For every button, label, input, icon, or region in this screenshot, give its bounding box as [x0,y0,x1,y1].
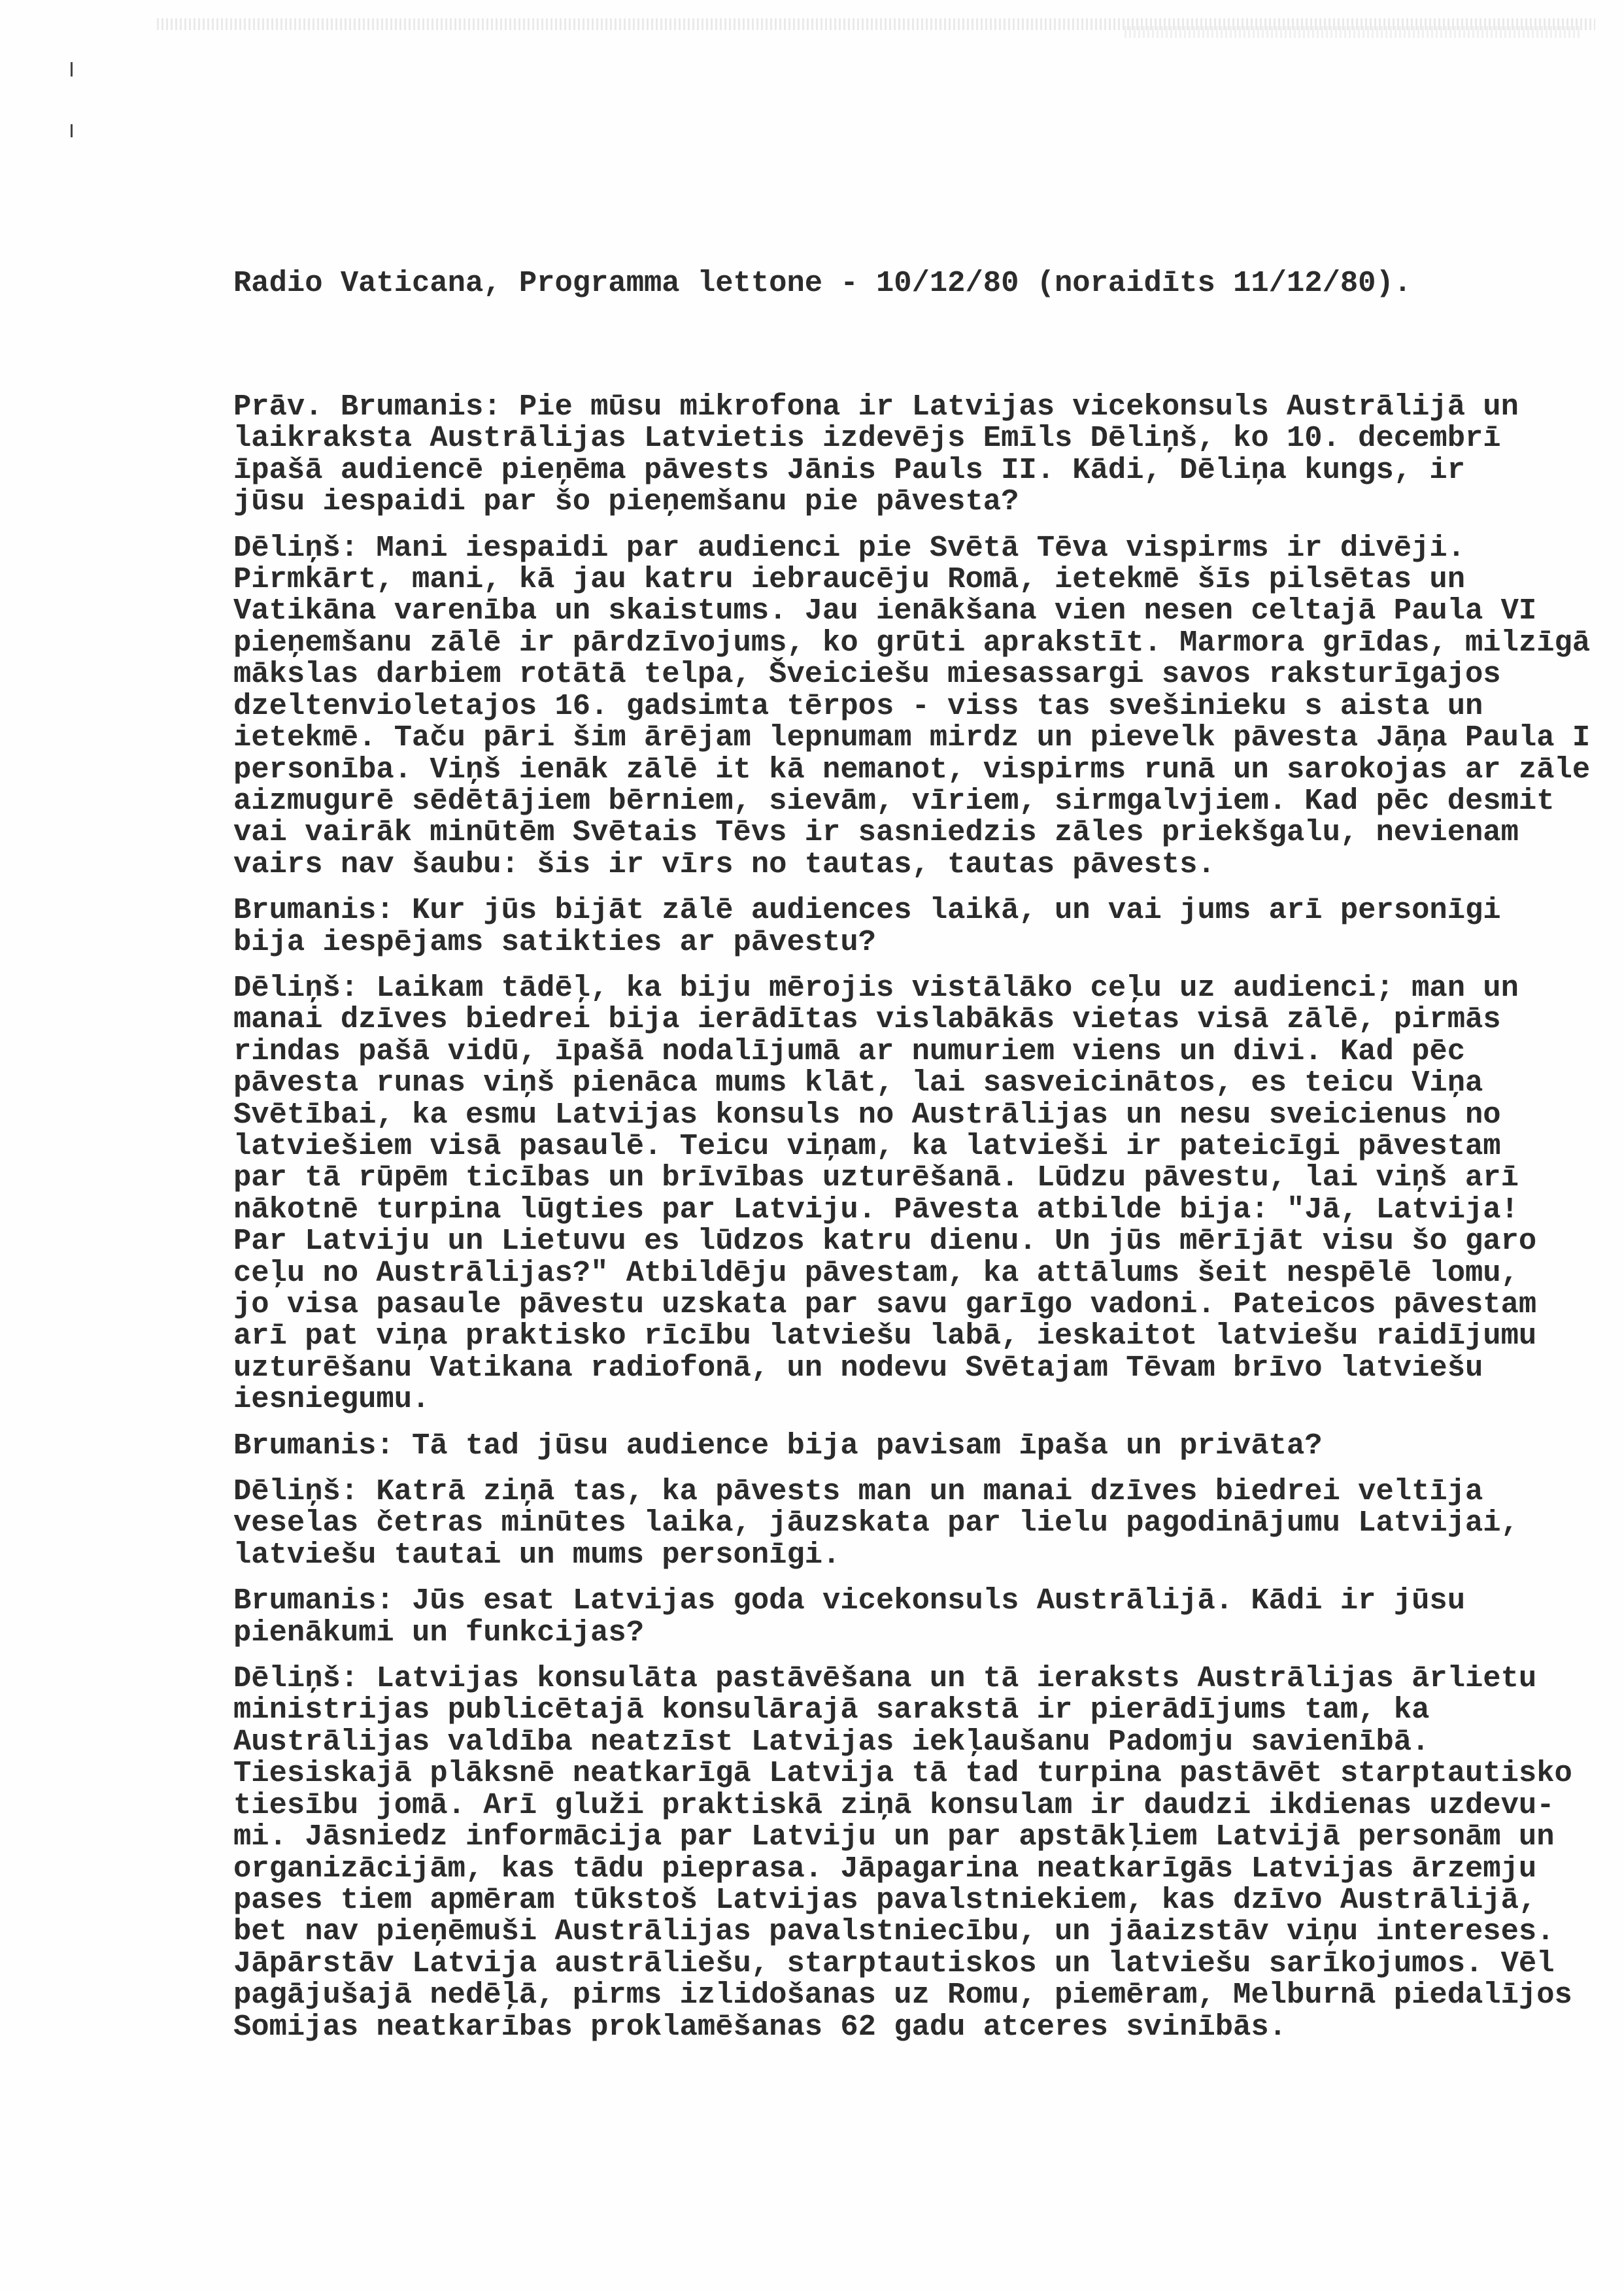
text-line: arī pat viņa praktisko rīcību latviešu l… [233,1320,1554,1351]
text-line: ietekmē. Taču pāri šim ārējam lepnumam m… [233,722,1554,753]
text-line: Brumanis: Kur jūs bijāt zālē audiences l… [233,894,1554,926]
text-line: bija iespējams satikties ar pāvestu? [233,926,1554,958]
dialogue-paragraph: Dēliņš: Mani iespaidi par audienci pie S… [233,532,1554,880]
text-line: manai dzīves biedrei bija ierādītas visl… [233,1004,1554,1035]
text-line: Brumanis: Jūs esat Latvijas goda vicekon… [233,1585,1554,1616]
text-line: Vatikāna varenība un skaistums. Jau ienā… [233,595,1554,626]
text-line: pieņemšanu zālē ir pārdzīvojums, ko grūt… [233,627,1554,658]
margin-mark [71,124,73,137]
margin-mark [71,62,73,76]
text-line: Dēliņš: Katrā ziņā tas, ka pāvests man u… [233,1476,1554,1507]
dialogue-paragraph: Dēliņš: Katrā ziņā tas, ka pāvests man u… [233,1476,1554,1570]
text-line: Pirmkārt, mani, kā jau katru iebraucēju … [233,564,1554,595]
scan-artifact-top-right [1125,26,1582,38]
text-line: dzeltenvioletajos 16. gadsimta tērpos - … [233,690,1554,722]
text-line: personība. Viņš ienāk zālē it kā nemanot… [233,754,1554,785]
text-line: uzturēšanu Vatikana radiofonā, un nodevu… [233,1352,1554,1383]
text-line: pāvesta runas viņš pienāca mums klāt, la… [233,1067,1554,1098]
dialogue-paragraph: Dēliņš: Latvijas konsulāta pastāvēšana u… [233,1663,1554,2043]
text-line: rindas pašā vidū, īpašā nodalījumā ar nu… [233,1036,1554,1067]
text-line: nākotnē turpina lūgties par Latviju. Pāv… [233,1194,1554,1225]
dialogue-paragraph: Brumanis: Jūs esat Latvijas goda vicekon… [233,1585,1554,1648]
text-line: organizācijām, kas tādu pieprasa. Jāpaga… [233,1853,1554,1884]
text-line: Prāv. Brumanis: Pie mūsu mikrofona ir La… [233,391,1554,422]
text-line: tiesību jomā. Arī gluži praktiskā ziņā k… [233,1790,1554,1821]
text-line: ministrijas publicētajā konsulārajā sara… [233,1694,1554,1725]
text-line: Jāpārstāv Latvija austrāliešu, starptaut… [233,1948,1554,1979]
text-line: pagājušajā nedēļā, pirms izlidošanas uz … [233,1979,1554,2011]
dialogue-paragraph: Brumanis: Tā tad jūsu audience bija pavi… [233,1430,1554,1461]
text-line: Dēliņš: Mani iespaidi par audienci pie S… [233,532,1554,564]
text-line: jo visa pasaule pāvestu uzskata par savu… [233,1289,1554,1320]
text-line: jūsu iespaidi par šo pieņemšanu pie pāve… [233,486,1554,517]
text-line: Somijas neatkarības proklamēšanas 62 gad… [233,2011,1554,2043]
text-line: Svētībai, ka esmu Latvijas konsuls no Au… [233,1099,1554,1130]
text-line: aizmugurē sēdētājiem bērniem, sievām, vī… [233,785,1554,817]
text-line: latviešiem visā pasaulē. Teicu viņam, ka… [233,1130,1554,1162]
text-line: veselas četras minūtes laika, jāuzskata … [233,1507,1554,1538]
text-line: Brumanis: Tā tad jūsu audience bija pavi… [233,1430,1554,1461]
text-line: Dēliņš: Latvijas konsulāta pastāvēšana u… [233,1663,1554,1694]
text-line: mākslas darbiem rotātā telpa, Šveiciešu … [233,658,1554,690]
text-line: īpašā audiencē pieņēma pāvests Jānis Pau… [233,454,1554,486]
text-line: ceļu no Austrālijas?" Atbildēju pāvestam… [233,1257,1554,1289]
text-line: vai vairāk minūtēm Svētais Tēvs ir sasni… [233,817,1554,848]
text-line: iesniegumu. [233,1383,1554,1415]
document-title: Radio Vaticana, Programma lettone - 10/1… [233,267,1554,299]
dialogue-paragraph: Brumanis: Kur jūs bijāt zālē audiences l… [233,894,1554,958]
scanned-page: Radio Vaticana, Programma lettone - 10/1… [0,0,1624,2291]
text-line: Par Latviju un Lietuvu es lūdzos katru d… [233,1225,1554,1257]
text-line: vairs nav šaubu: šis ir vīrs no tautas, … [233,849,1554,880]
text-line: pases tiem apmēram tūkstoš Latvijas pava… [233,1884,1554,1916]
text-line: latviešu tautai un mums personīgi. [233,1539,1554,1570]
text-line: bet nav pieņēmuši Austrālijas pavalstnie… [233,1916,1554,1947]
text-line: Tiesiskajā plāksnē neatkarīgā Latvija tā… [233,1757,1554,1789]
typewritten-transcript: Radio Vaticana, Programma lettone - 10/1… [233,204,1554,2120]
text-line: pienākumi un funkcijas? [233,1617,1554,1648]
dialogue-paragraph: Dēliņš: Laikam tādēļ, ka biju mērojis vi… [233,972,1554,1416]
dialogue-paragraph: Prāv. Brumanis: Pie mūsu mikrofona ir La… [233,391,1554,518]
text-line: par tā rūpēm ticības un brīvības uzturēš… [233,1162,1554,1193]
transcript-body: Prāv. Brumanis: Pie mūsu mikrofona ir La… [233,391,1554,2043]
text-line: mi. Jāsniedz informācija par Latviju un … [233,1821,1554,1852]
text-line: Dēliņš: Laikam tādēļ, ka biju mērojis vi… [233,972,1554,1004]
text-line: Austrālijas valdība neatzīst Latvijas ie… [233,1726,1554,1757]
text-line: laikraksta Austrālijas Latvietis izdevēj… [233,422,1554,454]
